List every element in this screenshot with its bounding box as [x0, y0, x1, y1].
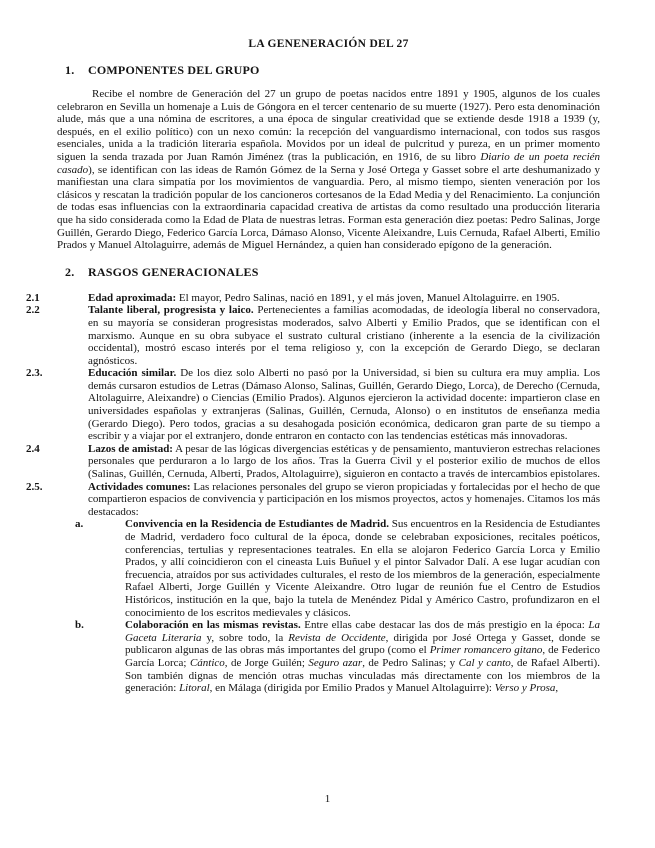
section-1-number: 1.	[65, 63, 88, 78]
text-run: Seguro azar	[308, 657, 362, 669]
text-run: Cántico	[190, 657, 225, 669]
intro-paragraph: Recibe el nombre de Generación del 27 un…	[57, 88, 600, 252]
item-text: El mayor, Pedro Salinas, nació en 1891, …	[176, 292, 560, 304]
document-title: LA GENENERACIÓN DEL 27	[57, 38, 600, 50]
subitem-label: Convivencia en la Residencia de Estudian…	[125, 518, 389, 530]
item-number: 2.4	[57, 443, 88, 456]
text-run: Cal y canto	[459, 657, 511, 669]
subitem-letter: a.	[100, 518, 125, 531]
text-run: y, sobre todo, la	[202, 632, 289, 644]
section-2-title: RASGOS GENERACIONALES	[88, 265, 259, 279]
item-number: 2.1	[57, 292, 88, 305]
sublist-item-a: a.Convivencia en la Residencia de Estudi…	[100, 518, 600, 619]
subitem-label: Colaboración en las mismas revistas.	[125, 619, 301, 631]
list-item-2-1: 2.1Edad aproximada: El mayor, Pedro Sali…	[57, 292, 600, 305]
document-page: LA GENENERACIÓN DEL 27 1.COMPONENTES DEL…	[0, 0, 655, 848]
text-run: Revista de Occidente	[288, 632, 385, 644]
section-2-number: 2.	[65, 265, 88, 280]
text-run: Verso y Prosa	[495, 682, 556, 694]
section-1-heading: 1.COMPONENTES DEL GRUPO	[65, 63, 600, 78]
section-2-heading: 2.RASGOS GENERACIONALES	[65, 265, 600, 280]
text-run: ,	[555, 682, 558, 694]
list-item-2-3: 2.3.Educación similar. De los diez solo …	[57, 367, 600, 443]
item-number: 2.5.	[57, 481, 88, 494]
item-label: Educación similar.	[88, 367, 176, 379]
sublist-item-b: b.Colaboración en las mismas revistas. E…	[100, 619, 600, 695]
text-run: , de Jorge Guilén;	[225, 657, 309, 669]
item-label: Edad aproximada:	[88, 292, 176, 304]
list-item-2-5: 2.5.Actividades comunes: Las relaciones …	[57, 481, 600, 519]
item-label: Lazos de amistad:	[88, 443, 173, 455]
subitem-text: Sus encuentros en la Residencia de Estud…	[125, 518, 600, 618]
item-number: 2.2	[57, 304, 88, 317]
section-1-title: COMPONENTES DEL GRUPO	[88, 63, 260, 77]
list-item-2-4: 2.4Lazos de amistad: A pesar de las lógi…	[57, 443, 600, 481]
generational-traits-list: 2.1Edad aproximada: El mayor, Pedro Sali…	[57, 292, 600, 695]
text-run: Primer romancero gitano	[430, 644, 543, 656]
subitem-letter: b.	[100, 619, 125, 632]
text-run: , de Pedro Salinas; y	[362, 657, 458, 669]
item-number: 2.3.	[57, 367, 88, 380]
text-run: ), se identifican con las ideas de Ramón…	[57, 164, 600, 252]
text-run: Entre ellas cabe destacar las dos de más…	[301, 619, 589, 631]
list-item-2-2: 2.2Talante liberal, progresista y laico.…	[57, 304, 600, 367]
item-label: Talante liberal, progresista y laico.	[88, 304, 254, 316]
page-number: 1	[0, 793, 655, 805]
text-run: Sus encuentros en la Residencia de Estud…	[125, 518, 600, 618]
text-run: Litoral	[179, 682, 210, 694]
text-run: El mayor, Pedro Salinas, nació en 1891, …	[176, 292, 560, 304]
item-label: Actividades comunes:	[88, 481, 191, 493]
text-run: , en Málaga (dirigida por Emilio Prados …	[210, 682, 495, 694]
